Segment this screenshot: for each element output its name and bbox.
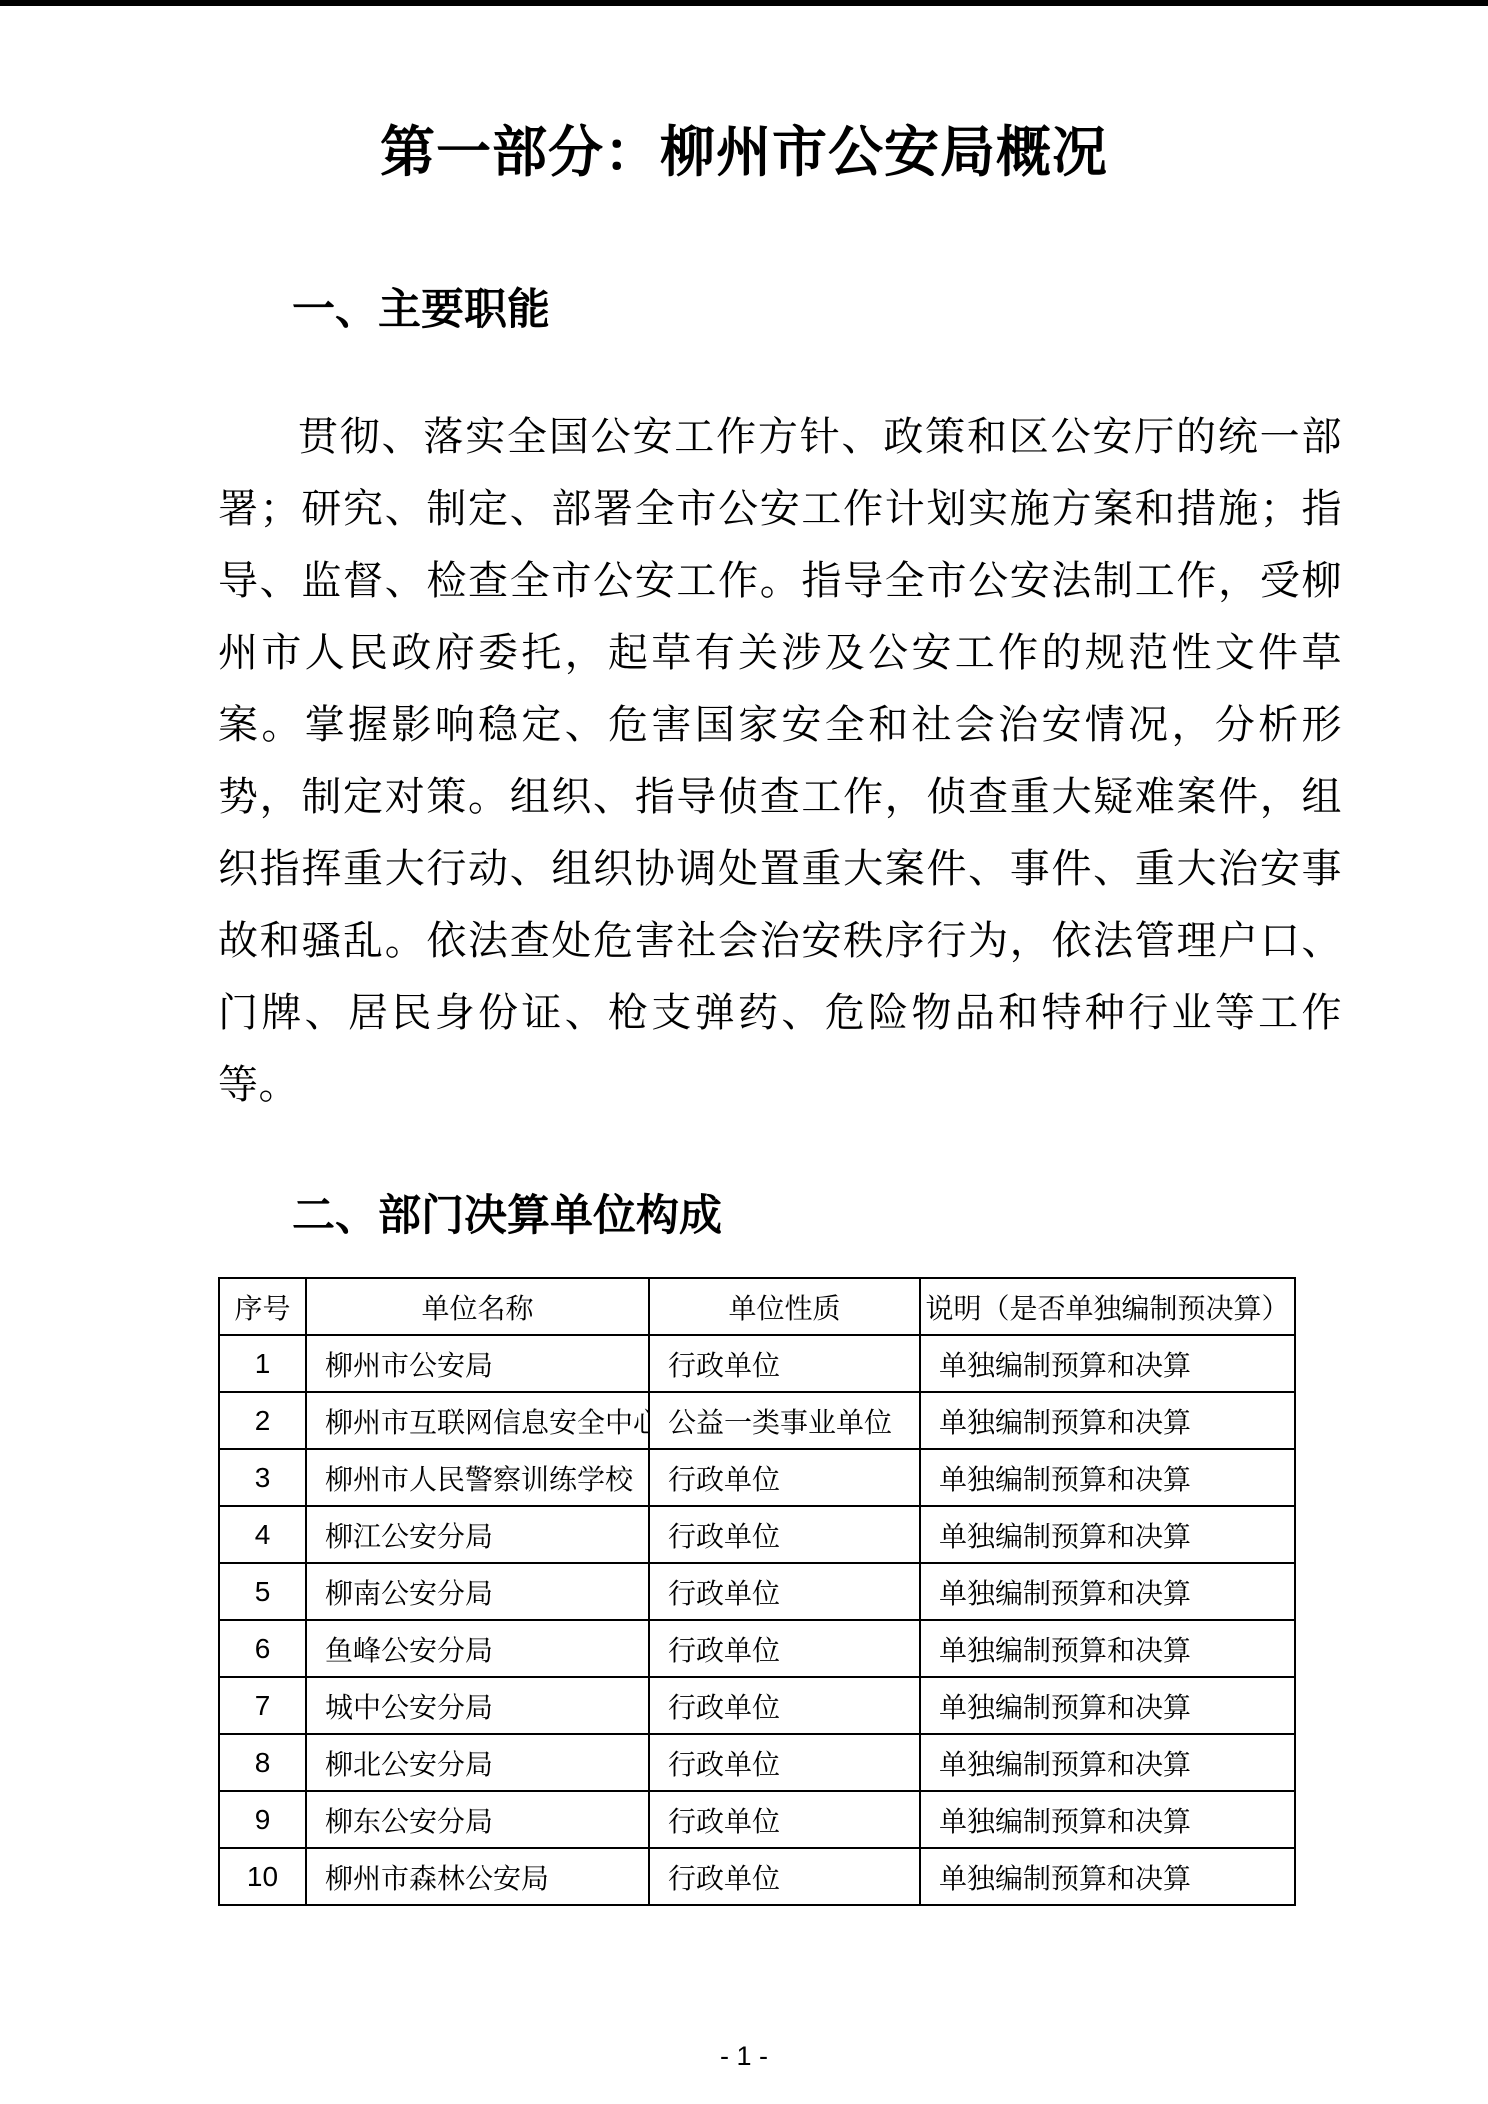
table-cell: 10 [219, 1848, 306, 1905]
table-cell: 柳州市人民警察训练学校 [306, 1449, 649, 1506]
table-cell: 单独编制预算和决算 [920, 1449, 1295, 1506]
table-cell: 单独编制预算和决算 [920, 1848, 1295, 1905]
column-header: 说明（是否单独编制预决算） [920, 1278, 1295, 1335]
table-cell: 柳江公安分局 [306, 1506, 649, 1563]
table-cell: 行政单位 [649, 1791, 920, 1848]
table-cell: 单独编制预算和决算 [920, 1392, 1295, 1449]
table-cell: 柳州市互联网信息安全中心 [306, 1392, 649, 1449]
scan-edge-bar [0, 0, 1488, 6]
table-row: 1柳州市公安局行政单位单独编制预算和决算 [219, 1335, 1295, 1392]
table-cell: 公益一类事业单位 [649, 1392, 920, 1449]
table-cell: 行政单位 [649, 1449, 920, 1506]
table-cell: 单独编制预算和决算 [920, 1677, 1295, 1734]
table-row: 2柳州市互联网信息安全中心公益一类事业单位单独编制预算和决算 [219, 1392, 1295, 1449]
title-row: 第一部分：柳州市公安局概况 [0, 108, 1488, 187]
section-heading-unit-composition: 二、部门决算单位构成 [292, 1191, 1342, 1241]
table-row: 5柳南公安分局行政单位单独编制预算和决算 [219, 1563, 1295, 1620]
table-row: 3柳州市人民警察训练学校行政单位单独编制预算和决算 [219, 1449, 1295, 1506]
table-cell: 单独编制预算和决算 [920, 1335, 1295, 1392]
table-cell: 6 [219, 1620, 306, 1677]
table-cell: 单独编制预算和决算 [920, 1620, 1295, 1677]
section-heading-main-functions: 一、主要职能 [292, 285, 1342, 335]
table-cell: 3 [219, 1449, 306, 1506]
table-row: 4柳江公安分局行政单位单独编制预算和决算 [219, 1506, 1295, 1563]
page-title: 第一部分：柳州市公安局概况 [380, 121, 1108, 183]
table-cell: 行政单位 [649, 1677, 920, 1734]
table-cell: 行政单位 [649, 1620, 920, 1677]
table-cell: 柳东公安分局 [306, 1791, 649, 1848]
table-cell: 鱼峰公安分局 [306, 1620, 649, 1677]
table-cell: 单独编制预算和决算 [920, 1563, 1295, 1620]
page-number: - 1 - [0, 2041, 1488, 2072]
table-cell: 单独编制预算和决算 [920, 1734, 1295, 1791]
column-header: 序号 [219, 1278, 306, 1335]
table-cell: 7 [219, 1677, 306, 1734]
table-cell: 单独编制预算和决算 [920, 1791, 1295, 1848]
table-row: 8柳北公安分局行政单位单独编制预算和决算 [219, 1734, 1295, 1791]
table-cell: 单独编制预算和决算 [920, 1506, 1295, 1563]
column-header: 单位名称 [306, 1278, 649, 1335]
table-cell: 柳州市森林公安局 [306, 1848, 649, 1905]
table-header-row: 序号单位名称单位性质说明（是否单独编制预决算） [219, 1278, 1295, 1335]
units-table-head: 序号单位名称单位性质说明（是否单独编制预决算） [219, 1278, 1295, 1335]
table-row: 10柳州市森林公安局行政单位单独编制预算和决算 [219, 1848, 1295, 1905]
table-cell: 柳北公安分局 [306, 1734, 649, 1791]
column-header: 单位性质 [649, 1278, 920, 1335]
table-row: 7城中公安分局行政单位单独编制预算和决算 [219, 1677, 1295, 1734]
table-cell: 行政单位 [649, 1335, 920, 1392]
units-table: 序号单位名称单位性质说明（是否单独编制预决算） 1柳州市公安局行政单位单独编制预… [218, 1277, 1296, 1906]
table-cell: 柳南公安分局 [306, 1563, 649, 1620]
table-cell: 9 [219, 1791, 306, 1848]
table-row: 6鱼峰公安分局行政单位单独编制预算和决算 [219, 1620, 1295, 1677]
document-page: 第一部分：柳州市公安局概况 一、主要职能 贯彻、落实全国公安工作方针、政策和区公… [0, 0, 1488, 2104]
main-functions-paragraph: 贯彻、落实全国公安工作方针、政策和区公安厅的统一部署；研究、制定、部署全市公安工… [218, 401, 1342, 1121]
table-row: 9柳东公安分局行政单位单独编制预算和决算 [219, 1791, 1295, 1848]
table-cell: 柳州市公安局 [306, 1335, 649, 1392]
table-cell: 行政单位 [649, 1506, 920, 1563]
table-cell: 1 [219, 1335, 306, 1392]
content-area: 一、主要职能 贯彻、落实全国公安工作方针、政策和区公安厅的统一部署；研究、制定、… [0, 285, 1488, 1906]
table-cell: 城中公安分局 [306, 1677, 649, 1734]
table-cell: 4 [219, 1506, 306, 1563]
table-cell: 行政单位 [649, 1563, 920, 1620]
units-table-body: 1柳州市公安局行政单位单独编制预算和决算2柳州市互联网信息安全中心公益一类事业单… [219, 1335, 1295, 1905]
table-cell: 5 [219, 1563, 306, 1620]
table-cell: 2 [219, 1392, 306, 1449]
table-cell: 8 [219, 1734, 306, 1791]
table-cell: 行政单位 [649, 1848, 920, 1905]
table-cell: 行政单位 [649, 1734, 920, 1791]
